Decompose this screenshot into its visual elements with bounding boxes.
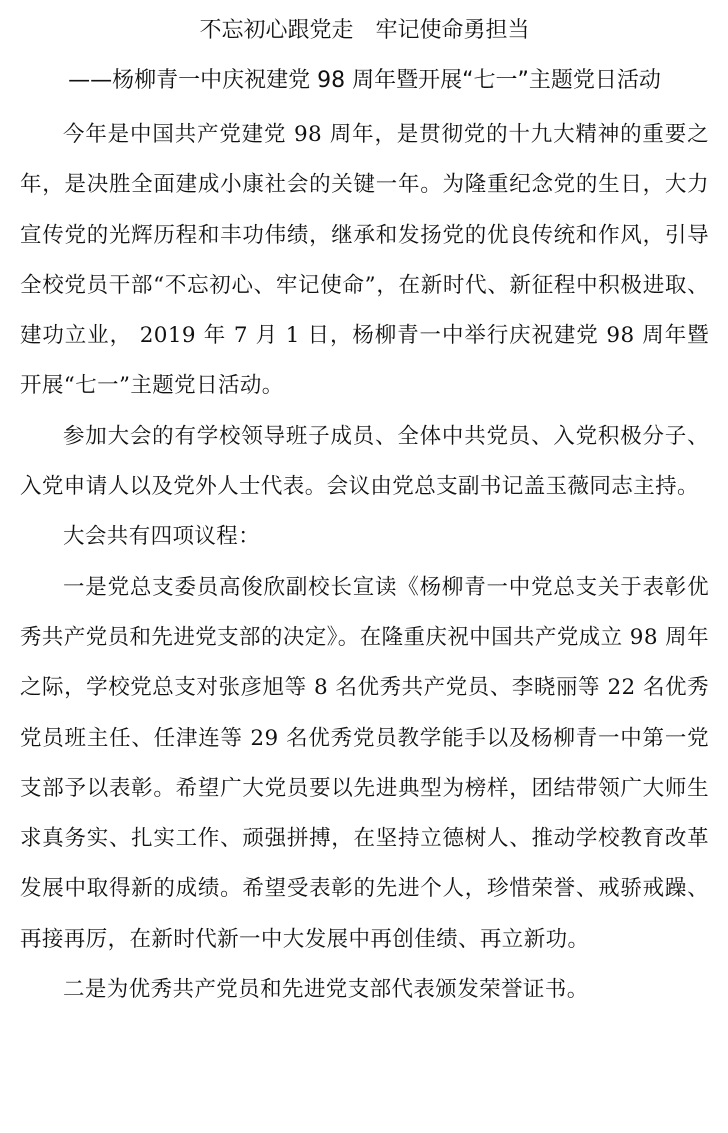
paragraph-agenda-item-2: 二是为优秀共产党员和先进党支部代表颁发荣誉证书。 — [20, 965, 709, 1015]
paragraph-attendees: 参加大会的有学校领导班子成员、全体中共党员、入党积极分子、入党申请人以及党外人士… — [20, 412, 709, 513]
document-title: 不忘初心跟党走 牢记使命勇担当 — [20, 16, 709, 46]
paragraph-agenda-item-1: 一是党总支委员高俊欣副校长宣读《杨柳青一中党总支关于表彰优秀共产党员和先进党支部… — [20, 563, 709, 965]
paragraph-agenda-heading: 大会共有四项议程： — [20, 512, 709, 562]
paragraph-intro: 今年是中国共产党建党 98 周年，是贯彻党的十九大精神的重要之年，是决胜全面建成… — [20, 110, 709, 412]
document-body: 今年是中国共产党建党 98 周年，是贯彻党的十九大精神的重要之年，是决胜全面建成… — [20, 110, 709, 1015]
document-subtitle: ——杨柳青一中庆祝建党 98 周年暨开展“七一”主题党日活动 — [20, 66, 709, 96]
